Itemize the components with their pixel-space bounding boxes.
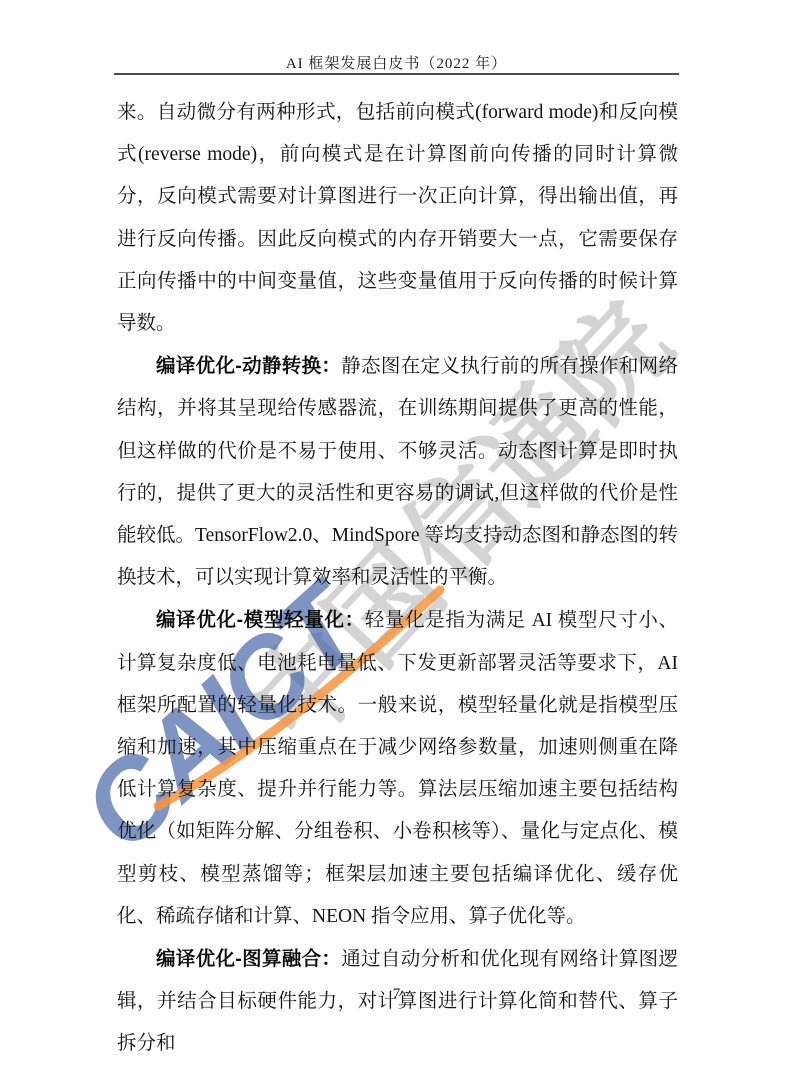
document-page: 中国信通院 CAICT AI 框架发展白皮书（2022 年） 来。自动微分有两种… bbox=[0, 0, 793, 1077]
page-number: 7 bbox=[393, 986, 401, 1002]
page-footer: 7 bbox=[0, 986, 793, 1003]
paragraph-text: 来。自动微分有两种形式，包括前向模式(forward mode)和反向模式(re… bbox=[117, 102, 678, 334]
header-title: AI 框架发展白皮书（2022 年） bbox=[286, 56, 507, 72]
page-header: AI 框架发展白皮书（2022 年） bbox=[114, 52, 679, 73]
paragraph-text: 轻量化是指为满足 AI 模型尺寸小、计算复杂度低、电池耗电量低、下发更新部署灵活… bbox=[117, 610, 678, 926]
paragraph-lead: 编译优化-图算融合： bbox=[156, 948, 341, 970]
body-text: 来。自动微分有两种形式，包括前向模式(forward mode)和反向模式(re… bbox=[117, 92, 678, 1066]
paragraph-compile-opt-model-lightweight: 编译优化-模型轻量化：轻量化是指为满足 AI 模型尺寸小、计算复杂度低、电池耗电… bbox=[117, 599, 678, 938]
paragraph-compile-opt-dynamic-static: 编译优化-动静转换：静态图在定义执行前的所有操作和网络结构，并将其呈现给传感器流… bbox=[117, 345, 678, 599]
paragraph-lead: 编译优化-动静转换： bbox=[156, 355, 341, 377]
paragraph-continuation: 来。自动微分有两种形式，包括前向模式(forward mode)和反向模式(re… bbox=[117, 92, 678, 345]
header-divider bbox=[114, 73, 679, 75]
paragraph-text: 静态图在定义执行前的所有操作和网络结构，并将其呈现给传感器流，在训练期间提供了更… bbox=[117, 356, 678, 588]
paragraph-lead: 编译优化-模型轻量化： bbox=[156, 609, 365, 631]
